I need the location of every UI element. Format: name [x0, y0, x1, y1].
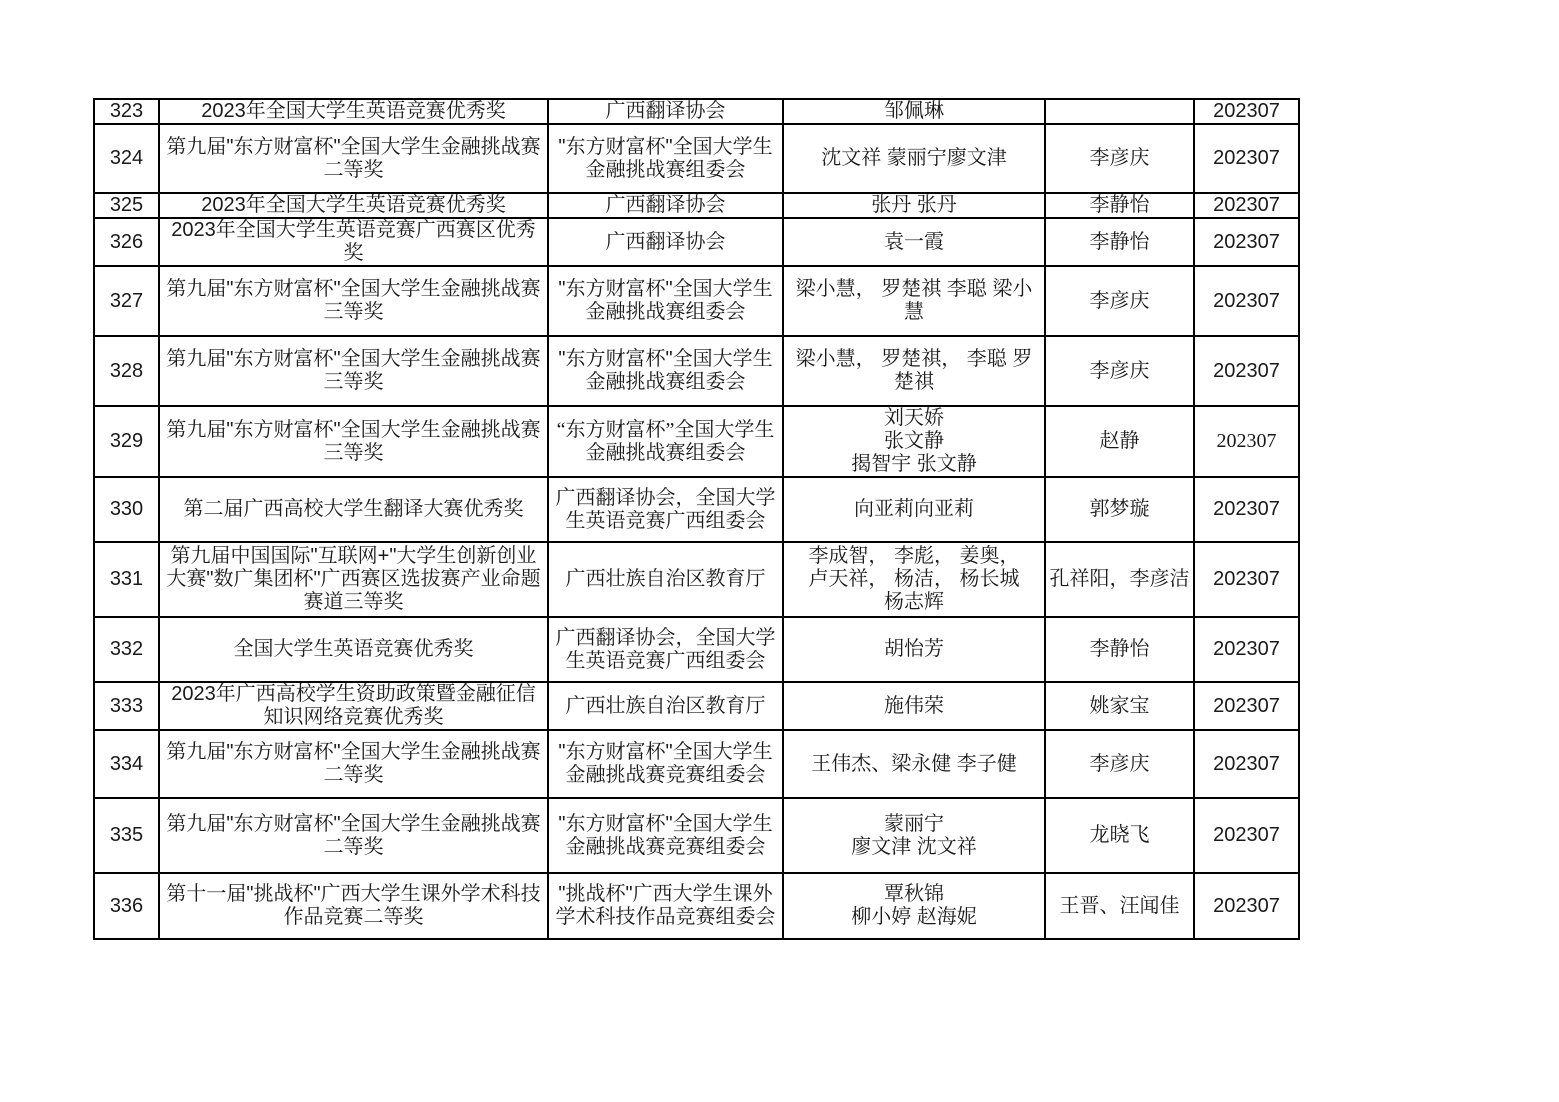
students-cell: 沈文祥 蒙丽宁廖文津 — [783, 124, 1045, 193]
organizer-cell: "东方财富杯"全国大学生金融挑战赛组委会 — [548, 266, 783, 336]
awards-table-body: 3232023年全国大学生英语竞赛优秀奖广西翻译协会邹佩琳202307324第九… — [94, 99, 1299, 939]
students-cell: 蒙丽宁 廖文津 沈文祥 — [783, 798, 1045, 873]
table-row: 329第九届"东方财富杯"全国大学生金融挑战赛三等奖“东方财富杯”全国大学生金融… — [94, 406, 1299, 477]
date-cell: 202307 — [1194, 730, 1299, 798]
award-name-cell: 第九届"东方财富杯"全国大学生金融挑战赛三等奖 — [159, 266, 548, 336]
teacher-cell: 龙晓飞 — [1045, 798, 1194, 873]
awards-table: 3232023年全国大学生英语竞赛优秀奖广西翻译协会邹佩琳202307324第九… — [93, 98, 1300, 940]
table-row: 335第九届"东方财富杯"全国大学生金融挑战赛二等奖"东方财富杯"全国大学生金融… — [94, 798, 1299, 873]
award-name-cell: 第九届中国国际"互联网+"大学生创新创业大赛"数广集团杯"广西赛区选拔赛产业命题… — [159, 542, 548, 617]
table-row: 332全国大学生英语竞赛优秀奖广西翻译协会，全国大学生英语竞赛广西组委会胡怡芳李… — [94, 617, 1299, 682]
teacher-cell: 姚家宝 — [1045, 682, 1194, 730]
teacher-cell: 李彦庆 — [1045, 124, 1194, 193]
students-cell: 邹佩琳 — [783, 99, 1045, 124]
students-cell: 袁一霞 — [783, 218, 1045, 266]
table-row: 336第十一届"挑战杯"广西大学生课外学术科技作品竞赛二等奖"挑战杯"广西大学生… — [94, 873, 1299, 939]
students-cell: 梁小慧， 罗楚祺 李聪 梁小慧 — [783, 266, 1045, 336]
award-name-cell: 第十一届"挑战杯"广西大学生课外学术科技作品竞赛二等奖 — [159, 873, 548, 939]
organizer-cell: 广西翻译协会 — [548, 218, 783, 266]
students-cell: 施伟荣 — [783, 682, 1045, 730]
award-name-cell: 第九届"东方财富杯"全国大学生金融挑战赛二等奖 — [159, 798, 548, 873]
table-row: 334第九届"东方财富杯"全国大学生金融挑战赛二等奖"东方财富杯"全国大学生金融… — [94, 730, 1299, 798]
row-number-cell: 334 — [94, 730, 159, 798]
teacher-cell: 李彦庆 — [1045, 730, 1194, 798]
row-number-cell: 335 — [94, 798, 159, 873]
students-cell: 向亚莉向亚莉 — [783, 477, 1045, 542]
date-cell: 202307 — [1194, 798, 1299, 873]
teacher-cell: 李彦庆 — [1045, 336, 1194, 406]
organizer-cell: 广西壮族自治区教育厅 — [548, 682, 783, 730]
row-number-cell: 324 — [94, 124, 159, 193]
row-number-cell: 329 — [94, 406, 159, 477]
students-cell: 李成智， 李彪， 姜奥， 卢天祥， 杨洁， 杨长城 杨志辉 — [783, 542, 1045, 617]
date-cell: 202307 — [1194, 542, 1299, 617]
organizer-cell: "东方财富杯"全国大学生金融挑战赛竞赛组委会 — [548, 798, 783, 873]
row-number-cell: 331 — [94, 542, 159, 617]
row-number-cell: 328 — [94, 336, 159, 406]
date-cell: 202307 — [1194, 193, 1299, 218]
row-number-cell: 327 — [94, 266, 159, 336]
students-cell: 王伟杰、梁永健 李子健 — [783, 730, 1045, 798]
date-cell: 202307 — [1194, 617, 1299, 682]
date-cell: 202307 — [1194, 682, 1299, 730]
date-cell: 202307 — [1194, 218, 1299, 266]
date-cell: 202307 — [1194, 124, 1299, 193]
teacher-cell: 李静怡 — [1045, 218, 1194, 266]
row-number-cell: 336 — [94, 873, 159, 939]
award-name-cell: 2023年广西高校学生资助政策暨金融征信知识网络竞赛优秀奖 — [159, 682, 548, 730]
students-cell: 刘天娇 张文静 揭智宇 张文静 — [783, 406, 1045, 477]
organizer-cell: 广西壮族自治区教育厅 — [548, 542, 783, 617]
organizer-cell: 广西翻译协会，全国大学生英语竞赛广西组委会 — [548, 477, 783, 542]
table-row: 330第二届广西高校大学生翻译大赛优秀奖广西翻译协会，全国大学生英语竞赛广西组委… — [94, 477, 1299, 542]
date-cell: 202307 — [1194, 99, 1299, 124]
award-name-cell: 第九届"东方财富杯"全国大学生金融挑战赛三等奖 — [159, 406, 548, 477]
students-cell: 覃秋锦 柳小婷 赵海妮 — [783, 873, 1045, 939]
award-name-cell: 2023年全国大学生英语竞赛优秀奖 — [159, 99, 548, 124]
date-cell: 202307 — [1194, 266, 1299, 336]
table-row: 3252023年全国大学生英语竞赛优秀奖广西翻译协会张丹 张丹李静怡202307 — [94, 193, 1299, 218]
table-row: 327第九届"东方财富杯"全国大学生金融挑战赛三等奖"东方财富杯"全国大学生金融… — [94, 266, 1299, 336]
award-name-cell: 第二届广西高校大学生翻译大赛优秀奖 — [159, 477, 548, 542]
date-cell: 202307 — [1194, 406, 1299, 477]
organizer-cell: “东方财富杯”全国大学生金融挑战赛组委会 — [548, 406, 783, 477]
table-row: 328第九届"东方财富杯"全国大学生金融挑战赛三等奖"东方财富杯"全国大学生金融… — [94, 336, 1299, 406]
row-number-cell: 330 — [94, 477, 159, 542]
row-number-cell: 323 — [94, 99, 159, 124]
row-number-cell: 326 — [94, 218, 159, 266]
award-name-cell: 全国大学生英语竞赛优秀奖 — [159, 617, 548, 682]
table-row: 324第九届"东方财富杯"全国大学生金融挑战赛二等奖"东方财富杯"全国大学生金融… — [94, 124, 1299, 193]
date-cell: 202307 — [1194, 336, 1299, 406]
award-name-cell: 2023年全国大学生英语竞赛广西赛区优秀奖 — [159, 218, 548, 266]
award-name-cell: 第九届"东方财富杯"全国大学生金融挑战赛二等奖 — [159, 124, 548, 193]
teacher-cell: 赵静 — [1045, 406, 1194, 477]
teacher-cell: 李静怡 — [1045, 193, 1194, 218]
organizer-cell: 广西翻译协会 — [548, 193, 783, 218]
row-number-cell: 325 — [94, 193, 159, 218]
table-row: 3332023年广西高校学生资助政策暨金融征信知识网络竞赛优秀奖广西壮族自治区教… — [94, 682, 1299, 730]
teacher-cell: 李静怡 — [1045, 617, 1194, 682]
organizer-cell: "东方财富杯"全国大学生金融挑战赛组委会 — [548, 336, 783, 406]
document-page: 3232023年全国大学生英语竞赛优秀奖广西翻译协会邹佩琳202307324第九… — [0, 0, 1559, 1102]
date-cell: 202307 — [1194, 873, 1299, 939]
organizer-cell: "东方财富杯"全国大学生金融挑战赛组委会 — [548, 124, 783, 193]
row-number-cell: 333 — [94, 682, 159, 730]
award-name-cell: 第九届"东方财富杯"全国大学生金融挑战赛三等奖 — [159, 336, 548, 406]
row-number-cell: 332 — [94, 617, 159, 682]
date-cell: 202307 — [1194, 477, 1299, 542]
teacher-cell: 郭梦璇 — [1045, 477, 1194, 542]
students-cell: 张丹 张丹 — [783, 193, 1045, 218]
students-cell: 梁小慧， 罗楚祺， 李聪 罗楚祺 — [783, 336, 1045, 406]
table-row: 331第九届中国国际"互联网+"大学生创新创业大赛"数广集团杯"广西赛区选拔赛产… — [94, 542, 1299, 617]
teacher-cell: 孔祥阳，李彦洁 — [1045, 542, 1194, 617]
organizer-cell: 广西翻译协会，全国大学生英语竞赛广西组委会 — [548, 617, 783, 682]
award-name-cell: 2023年全国大学生英语竞赛优秀奖 — [159, 193, 548, 218]
teacher-cell — [1045, 99, 1194, 124]
organizer-cell: 广西翻译协会 — [548, 99, 783, 124]
table-row: 3232023年全国大学生英语竞赛优秀奖广西翻译协会邹佩琳202307 — [94, 99, 1299, 124]
organizer-cell: "挑战杯"广西大学生课外学术科技作品竞赛组委会 — [548, 873, 783, 939]
students-cell: 胡怡芳 — [783, 617, 1045, 682]
award-name-cell: 第九届"东方财富杯"全国大学生金融挑战赛二等奖 — [159, 730, 548, 798]
table-row: 3262023年全国大学生英语竞赛广西赛区优秀奖广西翻译协会袁一霞李静怡2023… — [94, 218, 1299, 266]
organizer-cell: "东方财富杯"全国大学生金融挑战赛竞赛组委会 — [548, 730, 783, 798]
teacher-cell: 李彦庆 — [1045, 266, 1194, 336]
teacher-cell: 王晋、汪闻佳 — [1045, 873, 1194, 939]
